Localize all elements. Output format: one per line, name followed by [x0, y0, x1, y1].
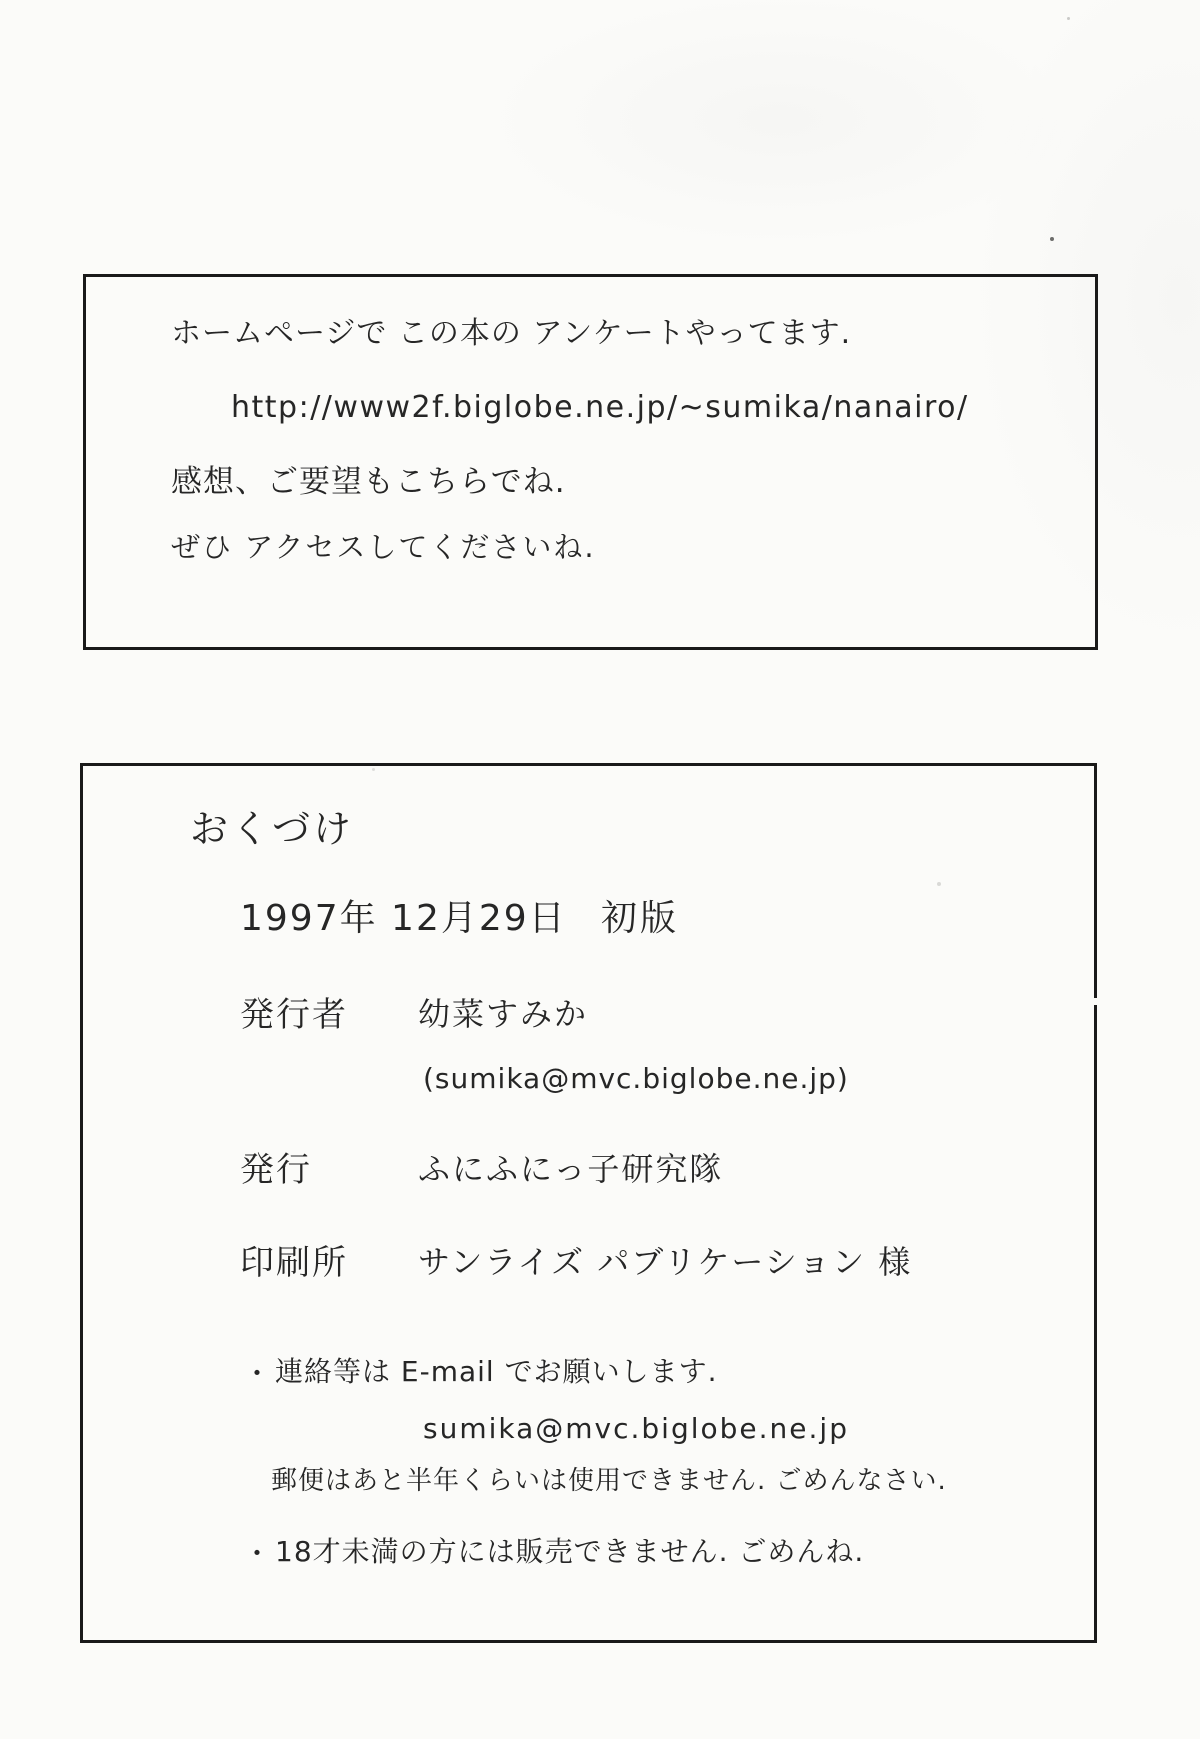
scan-speck [937, 882, 941, 886]
homepage-url: http://www2f.biglobe.ne.jp/~sumika/nanai… [231, 391, 969, 426]
circle-label: 発行 [240, 1151, 312, 1190]
scanned-page: ホームページで この本の アンケートやってます. http://www2f.bi… [0, 0, 1200, 1739]
printer-label: 印刷所 [240, 1244, 348, 1283]
circle-name: ふにふにっ子研究隊 [418, 1151, 723, 1188]
scan-speck [372, 768, 375, 771]
contact-email: sumika@mvc.biglobe.ne.jp [423, 1413, 849, 1445]
homepage-note-line: ホームページで この本の アンケートやってます. [171, 317, 851, 352]
colophon-box: おくづけ 1997年 12月29日 初版 発行者 幼菜すみか (sumika@m… [80, 763, 1097, 1643]
bullet-icon: ・ [243, 1358, 271, 1390]
scan-artifact-border-gap [1093, 998, 1100, 1005]
publication-date: 1997年 12月29日 [240, 898, 567, 939]
feedback-line: 感想、ご要望もこちらでね. [171, 465, 566, 501]
age-restriction-note: 18才未満の方には販売できません. ごめんね. [275, 1536, 864, 1568]
publisher-name: 幼菜すみか [418, 996, 588, 1033]
contact-note: 連絡等は E-mail でお願いします. [275, 1356, 718, 1388]
bullet-icon: ・ [243, 1538, 271, 1570]
edition-label: 初版 [601, 898, 679, 939]
scan-speck [1050, 237, 1054, 241]
homepage-announcement-box: ホームページで この本の アンケートやってます. http://www2f.bi… [83, 274, 1098, 650]
scan-speck [1067, 17, 1070, 20]
postal-unavailable-note: 郵便はあと半年くらいは使用できません. ごめんなさい. [271, 1467, 947, 1497]
printer-name: サンライズ パブリケーション 様 [418, 1244, 912, 1281]
colophon-heading: おくづけ [190, 808, 354, 852]
publisher-label: 発行者 [240, 996, 348, 1035]
publisher-email: (sumika@mvc.biglobe.ne.jp) [423, 1063, 849, 1095]
access-request-line: ぜひ アクセスしてくださいね. [171, 531, 596, 564]
